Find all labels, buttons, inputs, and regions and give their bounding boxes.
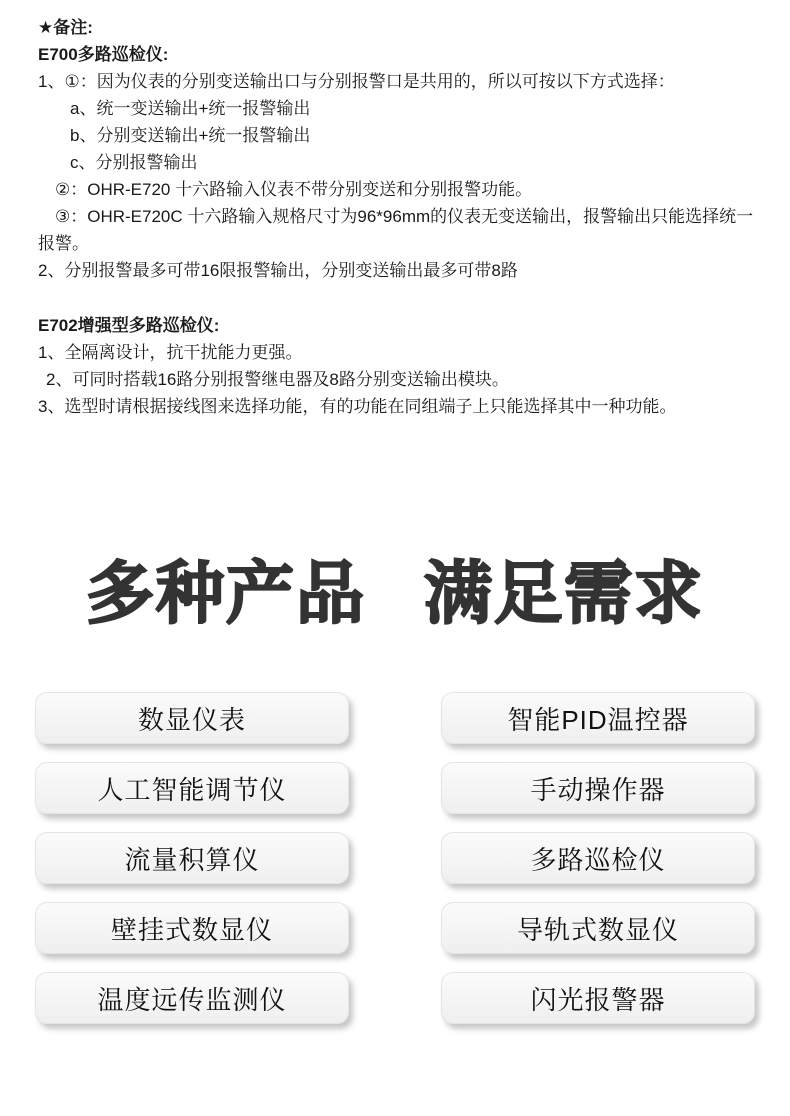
product-button-pid-temperature-controller[interactable]: 智能PID温控器 xyxy=(441,692,755,744)
e700-note-2: 2、分别报警最多可带16限报警输出，分别变送输出最多可带8路 xyxy=(38,257,756,284)
product-button-label: 多路巡检仪 xyxy=(530,840,665,877)
product-button-manual-operator[interactable]: 手动操作器 xyxy=(441,762,755,814)
page-title-left: 多种产品 xyxy=(86,556,366,632)
product-button-label: 人工智能调节仪 xyxy=(97,770,286,807)
product-button-label: 导轨式数显仪 xyxy=(517,910,679,947)
product-button-label: 壁挂式数显仪 xyxy=(111,910,273,947)
e702-note-3: 3、选型时请根据接线图来选择功能，有的功能在同组端子上只能选择其中一种功能。 xyxy=(38,393,756,420)
e700-note-1-item-3: ③：OHR-E720C 十六路输入规格尺寸为96*96mm的仪表无变送输出，报警… xyxy=(38,203,756,257)
product-button-temperature-remote-monitor[interactable]: 温度远传监测仪 xyxy=(35,972,349,1024)
e702-heading: E702增强型多路巡检仪: xyxy=(38,312,756,339)
product-button-label: 手动操作器 xyxy=(530,770,665,807)
page-title: 多种产品满足需求 xyxy=(0,550,790,638)
e700-heading: E700多路巡检仪: xyxy=(38,41,756,68)
e700-note-1-option-b: b、分别变送输出+统一报警输出 xyxy=(38,122,756,149)
notes-section: ★备注: E700多路巡检仪: 1、①：因为仪表的分别变送输出口与分别报警口是共… xyxy=(0,0,790,420)
product-button-label: 温度远传监测仪 xyxy=(97,980,286,1017)
product-button-label: 智能PID温控器 xyxy=(507,700,688,737)
product-button-label: 闪光报警器 xyxy=(530,980,665,1017)
e702-note-2: 2、可同时搭载16路分别报警继电器及8路分别变送输出模块。 xyxy=(38,366,756,393)
e700-note-1-item-2: ②：OHR-E720 十六路输入仪表不带分别变送和分别报警功能。 xyxy=(38,176,756,203)
e700-note-1-option-c: c、分别报警输出 xyxy=(38,149,756,176)
product-button-ai-regulator[interactable]: 人工智能调节仪 xyxy=(35,762,349,814)
product-button-multi-channel-scanner[interactable]: 多路巡检仪 xyxy=(441,832,755,884)
product-button-din-rail-display[interactable]: 导轨式数显仪 xyxy=(441,902,755,954)
product-detail-page: ★备注: E700多路巡检仪: 1、①：因为仪表的分别变送输出口与分别报警口是共… xyxy=(0,0,790,1116)
notes-title: ★备注: xyxy=(38,14,756,41)
product-button-digital-display-meter[interactable]: 数显仪表 xyxy=(35,692,349,744)
product-button-wall-mounted-display[interactable]: 壁挂式数显仪 xyxy=(35,902,349,954)
product-button-label: 流量积算仪 xyxy=(124,840,259,877)
e702-note-1: 1、全隔离设计，抗干扰能力更强。 xyxy=(38,339,756,366)
e700-note-1: 1、①：因为仪表的分别变送输出口与分别报警口是共用的，所以可按以下方式选择： xyxy=(38,68,756,95)
page-title-right: 满足需求 xyxy=(424,556,704,632)
product-button-label: 数显仪表 xyxy=(138,700,246,737)
product-button-flow-totalizer[interactable]: 流量积算仪 xyxy=(35,832,349,884)
product-category-grid: 数显仪表 智能PID温控器 人工智能调节仪 手动操作器 流量积算仪 多路巡检仪 … xyxy=(0,692,790,1024)
product-button-flash-alarm[interactable]: 闪光报警器 xyxy=(441,972,755,1024)
e700-note-1-option-a: a、统一变送输出+统一报警输出 xyxy=(38,95,756,122)
